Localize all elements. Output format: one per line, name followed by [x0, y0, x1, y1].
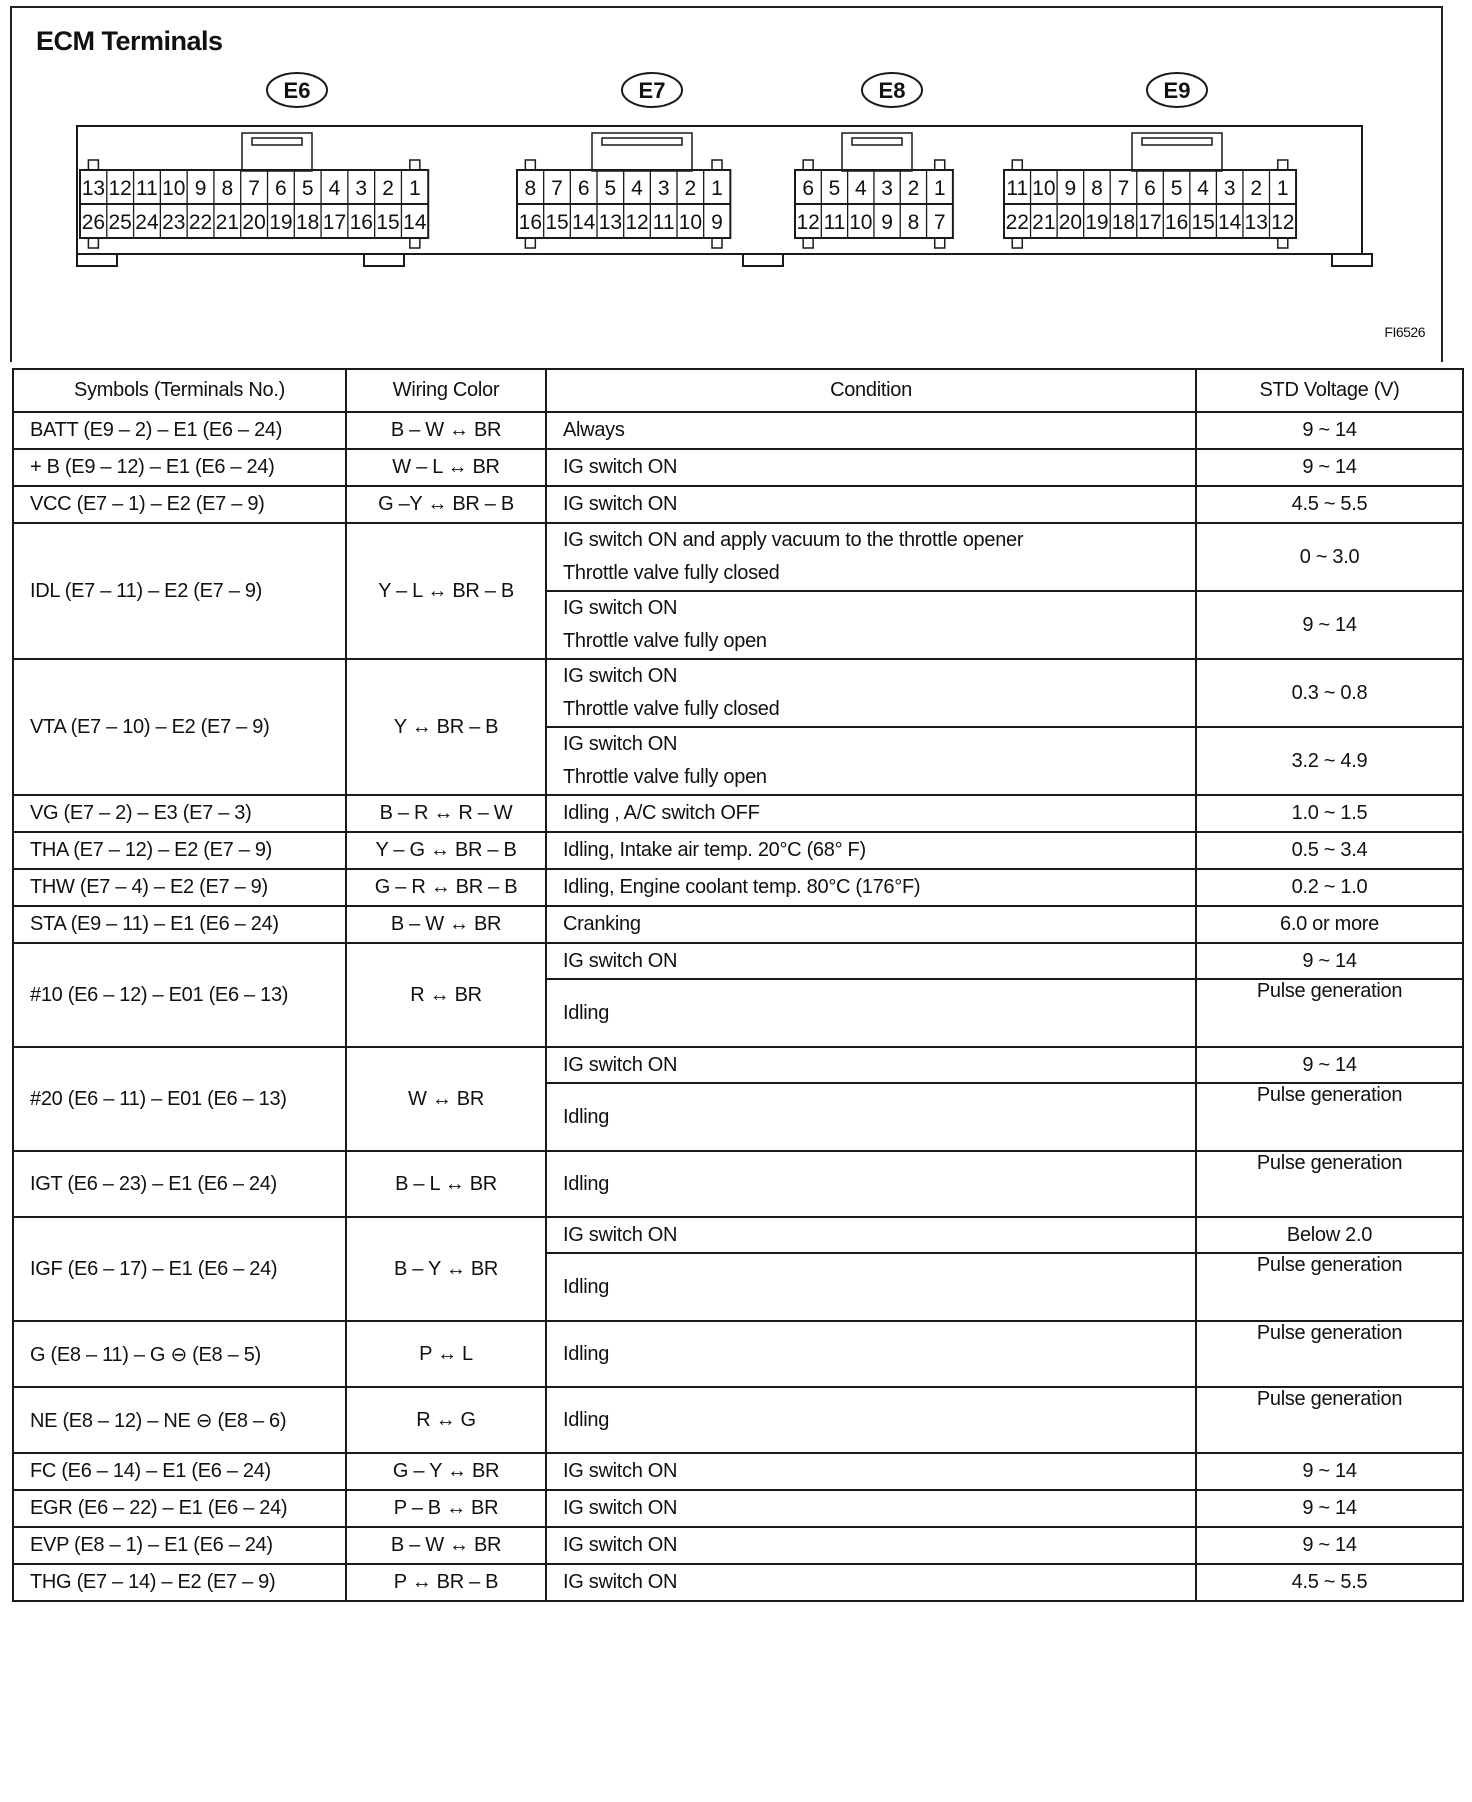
- pin-number: 10: [162, 177, 185, 200]
- ecm-terminal-diagram: ECM Terminals E6131211109876543212625242…: [10, 6, 1443, 362]
- pin-number: 21: [216, 211, 239, 234]
- pin-number: 7: [248, 177, 260, 200]
- wiring-color: B – R ↔ R – W: [346, 795, 546, 832]
- condition: IG switch ON: [546, 943, 1196, 979]
- pin-number: 16: [519, 211, 542, 234]
- table-row: G (E8 – 11) – G ⊖ (E8 – 5)P ↔ LIdlingPul…: [13, 1321, 1463, 1387]
- condition-line: Throttle valve fully closed: [563, 557, 1179, 590]
- pin-number: 19: [269, 211, 292, 234]
- pin-number: 7: [934, 211, 946, 234]
- wiring-color: B – Y ↔ BR: [346, 1217, 546, 1321]
- pin-number: 21: [1032, 211, 1055, 234]
- wiring-color: Y – L ↔ BR – B: [346, 523, 546, 659]
- terminal-symbol: + B (E9 – 12) – E1 (E6 – 24): [13, 449, 346, 486]
- pin-number: 16: [350, 211, 373, 234]
- wiring-color: G –Y ↔ BR – B: [346, 486, 546, 523]
- condition: IG switch ON: [546, 1564, 1196, 1601]
- pin-number: 9: [195, 177, 207, 200]
- condition-line: Idling, Intake air temp. 20°C (68° F): [563, 834, 1179, 867]
- pin-number: 24: [135, 211, 159, 234]
- condition: IG switch ON: [546, 1453, 1196, 1490]
- pin-number: 22: [189, 211, 212, 234]
- condition: Idling , A/C switch OFF: [546, 795, 1196, 832]
- pin-number: 4: [631, 177, 643, 200]
- std-voltage: Pulse generation: [1196, 1083, 1463, 1151]
- condition: Idling, Engine coolant temp. 80°C (176°F…: [546, 869, 1196, 906]
- terminal-symbol: IDL (E7 – 11) – E2 (E7 – 9): [13, 523, 346, 659]
- terminal-voltage-table: Symbols (Terminals No.) Wiring Color Con…: [12, 368, 1464, 1602]
- table-row: BATT (E9 – 2) – E1 (E6 – 24)B – W ↔ BRAl…: [13, 412, 1463, 449]
- header-std-voltage: STD Voltage (V): [1196, 369, 1463, 412]
- table-row: VG (E7 – 2) – E3 (E7 – 3)B – R ↔ R – WId…: [13, 795, 1463, 832]
- wiring-color: G – Y ↔ BR: [346, 1453, 546, 1490]
- std-voltage: Pulse generation: [1196, 1387, 1463, 1453]
- terminal-symbol: STA (E9 – 11) – E1 (E6 – 24): [13, 906, 346, 943]
- pin-number: 25: [108, 211, 131, 234]
- pin-number: 2: [908, 177, 920, 200]
- pin-number: 12: [1271, 211, 1294, 234]
- condition: IG switch ONThrottle valve fully open: [546, 727, 1196, 795]
- terminal-symbol: EVP (E8 – 1) – E1 (E6 – 24): [13, 1527, 346, 1564]
- condition: IG switch ON: [546, 1217, 1196, 1253]
- pin-number: 12: [108, 177, 131, 200]
- std-voltage: 9 ~ 14: [1196, 412, 1463, 449]
- terminal-symbol: G (E8 – 11) – G ⊖ (E8 – 5): [13, 1321, 346, 1387]
- pin-number: 4: [1197, 177, 1209, 200]
- pin-number: 12: [796, 211, 819, 234]
- std-voltage: Pulse generation: [1196, 1253, 1463, 1321]
- figure-code: FI6526: [1384, 324, 1425, 340]
- pin-number: 7: [1118, 177, 1130, 200]
- condition-line: IG switch ON: [563, 1219, 1179, 1252]
- pin-number: 14: [572, 211, 596, 234]
- connector-e6: E613121110987654321262524232221201918171…: [80, 73, 428, 248]
- pin-number: 6: [802, 177, 814, 200]
- condition-line: Throttle valve fully open: [563, 625, 1179, 658]
- pin-number: 13: [599, 211, 622, 234]
- pin-number: 3: [355, 177, 367, 200]
- connector-label: E6: [284, 78, 311, 103]
- wiring-color: B – W ↔ BR: [346, 412, 546, 449]
- condition-line: IG switch ON and apply vacuum to the thr…: [563, 524, 1179, 557]
- terminal-symbol: NE (E8 – 12) – NE ⊖ (E8 – 6): [13, 1387, 346, 1453]
- pin-number: 20: [242, 211, 265, 234]
- wiring-color: R ↔ BR: [346, 943, 546, 1047]
- std-voltage: 0 ~ 3.0: [1196, 523, 1463, 591]
- terminal-symbol: VTA (E7 – 10) – E2 (E7 – 9): [13, 659, 346, 795]
- terminal-symbol: FC (E6 – 14) – E1 (E6 – 24): [13, 1453, 346, 1490]
- table-row: THG (E7 – 14) – E2 (E7 – 9)P ↔ BR – BIG …: [13, 1564, 1463, 1601]
- pin-number: 2: [382, 177, 394, 200]
- wiring-color: P ↔ BR – B: [346, 1564, 546, 1601]
- pin-number: 1: [409, 177, 421, 200]
- terminal-symbol: #20 (E6 – 11) – E01 (E6 – 13): [13, 1047, 346, 1151]
- pin-number: 9: [881, 211, 893, 234]
- std-voltage: 9 ~ 14: [1196, 1490, 1463, 1527]
- table-row: THA (E7 – 12) – E2 (E7 – 9)Y – G ↔ BR – …: [13, 832, 1463, 869]
- pin-number: 5: [604, 177, 616, 200]
- condition: Always: [546, 412, 1196, 449]
- std-voltage: Below 2.0: [1196, 1217, 1463, 1253]
- condition: Idling: [546, 1151, 1196, 1217]
- terminal-symbol: IGT (E6 – 23) – E1 (E6 – 24): [13, 1151, 346, 1217]
- header-symbols: Symbols (Terminals No.): [13, 369, 346, 412]
- pin-number: 2: [684, 177, 696, 200]
- pin-number: 9: [1065, 177, 1077, 200]
- table-row: IGT (E6 – 23) – E1 (E6 – 24)B – L ↔ BRId…: [13, 1151, 1463, 1217]
- connector-e7: E787654321161514131211109: [517, 73, 730, 248]
- pin-number: 9: [711, 211, 723, 234]
- condition-line: Throttle valve fully closed: [563, 693, 1179, 726]
- std-voltage: Pulse generation: [1196, 1151, 1463, 1217]
- condition-line: IG switch ON: [563, 945, 1179, 978]
- condition-line: IG switch ON: [563, 660, 1179, 693]
- wiring-color: W – L ↔ BR: [346, 449, 546, 486]
- pin-number: 22: [1006, 211, 1029, 234]
- condition: IG switch ON and apply vacuum to the thr…: [546, 523, 1196, 591]
- condition-line: IG switch ON: [563, 1566, 1179, 1599]
- pin-number: 18: [1112, 211, 1135, 234]
- condition-line: IG switch ON: [563, 728, 1179, 761]
- std-voltage: 0.3 ~ 0.8: [1196, 659, 1463, 727]
- std-voltage: 9 ~ 14: [1196, 1453, 1463, 1490]
- pin-number: 23: [162, 211, 185, 234]
- table-row: STA (E9 – 11) – E1 (E6 – 24)B – W ↔ BRCr…: [13, 906, 1463, 943]
- wiring-color: Y – G ↔ BR – B: [346, 832, 546, 869]
- pin-number: 7: [551, 177, 563, 200]
- condition: IG switch ON: [546, 1527, 1196, 1564]
- terminal-symbol: VCC (E7 – 1) – E2 (E7 – 9): [13, 486, 346, 523]
- condition: IG switch ONThrottle valve fully closed: [546, 659, 1196, 727]
- pin-number: 6: [578, 177, 590, 200]
- std-voltage: 0.5 ~ 3.4: [1196, 832, 1463, 869]
- condition: Idling: [546, 1321, 1196, 1387]
- std-voltage: 4.5 ~ 5.5: [1196, 486, 1463, 523]
- condition-line: IG switch ON: [563, 1049, 1179, 1082]
- condition-line: Idling: [563, 1271, 1179, 1304]
- table-row: IGF (E6 – 17) – E1 (E6 – 24)B – Y ↔ BRIG…: [13, 1217, 1463, 1253]
- condition-line: IG switch ON: [563, 451, 1179, 484]
- pin-number: 5: [302, 177, 314, 200]
- pin-number: 10: [849, 211, 872, 234]
- pin-number: 11: [1006, 177, 1028, 200]
- pin-number: 13: [82, 177, 105, 200]
- terminal-symbol: THG (E7 – 14) – E2 (E7 – 9): [13, 1564, 346, 1601]
- pin-number: 8: [908, 211, 920, 234]
- terminal-symbol: #10 (E6 – 12) – E01 (E6 – 13): [13, 943, 346, 1047]
- wiring-color: W ↔ BR: [346, 1047, 546, 1151]
- pin-number: 3: [658, 177, 670, 200]
- wiring-color: Y ↔ BR – B: [346, 659, 546, 795]
- pin-number: 4: [329, 177, 341, 200]
- pin-number: 8: [221, 177, 233, 200]
- table-row: + B (E9 – 12) – E1 (E6 – 24)W – L ↔ BRIG…: [13, 449, 1463, 486]
- pin-number: 10: [679, 211, 702, 234]
- terminal-symbol: BATT (E9 – 2) – E1 (E6 – 24): [13, 412, 346, 449]
- table-body: BATT (E9 – 2) – E1 (E6 – 24)B – W ↔ BRAl…: [13, 412, 1463, 1601]
- condition-line: Idling, Engine coolant temp. 80°C (176°F…: [563, 871, 1179, 904]
- std-voltage: 3.2 ~ 4.9: [1196, 727, 1463, 795]
- condition-line: Idling , A/C switch OFF: [563, 797, 1179, 830]
- condition: Idling: [546, 1387, 1196, 1453]
- pin-number: 14: [403, 211, 427, 234]
- condition: IG switch ON: [546, 449, 1196, 486]
- pin-number: 15: [376, 211, 399, 234]
- condition: Idling: [546, 1253, 1196, 1321]
- std-voltage: 9 ~ 14: [1196, 449, 1463, 486]
- connector-label: E8: [879, 78, 906, 103]
- wiring-color: B – W ↔ BR: [346, 1527, 546, 1564]
- pin-number: 19: [1085, 211, 1108, 234]
- std-voltage: Pulse generation: [1196, 979, 1463, 1047]
- condition-line: Idling: [563, 1338, 1179, 1371]
- connector-e8: E8654321121110987: [795, 73, 953, 248]
- condition-line: IG switch ON: [563, 488, 1179, 521]
- wiring-color: B – W ↔ BR: [346, 906, 546, 943]
- header-wiring-color: Wiring Color: [346, 369, 546, 412]
- pin-number: 15: [545, 211, 568, 234]
- pin-number: 11: [136, 177, 158, 200]
- pin-number: 6: [1144, 177, 1156, 200]
- condition: Idling: [546, 979, 1196, 1047]
- terminal-symbol: THW (E7 – 4) – E2 (E7 – 9): [13, 869, 346, 906]
- condition: Idling, Intake air temp. 20°C (68° F): [546, 832, 1196, 869]
- table-header-row: Symbols (Terminals No.) Wiring Color Con…: [13, 369, 1463, 412]
- std-voltage: 9 ~ 14: [1196, 943, 1463, 979]
- pin-number: 18: [296, 211, 319, 234]
- condition-line: IG switch ON: [563, 1492, 1179, 1525]
- pin-number: 13: [1245, 211, 1268, 234]
- table-row: EVP (E8 – 1) – E1 (E6 – 24)B – W ↔ BRIG …: [13, 1527, 1463, 1564]
- wiring-color: B – L ↔ BR: [346, 1151, 546, 1217]
- pin-number: 17: [1138, 211, 1161, 234]
- table-row: IDL (E7 – 11) – E2 (E7 – 9)Y – L ↔ BR – …: [13, 523, 1463, 591]
- condition: Idling: [546, 1083, 1196, 1151]
- std-voltage: 9 ~ 14: [1196, 1527, 1463, 1564]
- condition-line: IG switch ON: [563, 1529, 1179, 1562]
- pin-number: 1: [1277, 177, 1289, 200]
- connector-label: E9: [1164, 78, 1191, 103]
- condition: Cranking: [546, 906, 1196, 943]
- pin-number: 14: [1218, 211, 1242, 234]
- condition-line: Throttle valve fully open: [563, 761, 1179, 794]
- std-voltage: 9 ~ 14: [1196, 1047, 1463, 1083]
- table-row: FC (E6 – 14) – E1 (E6 – 24)G – Y ↔ BRIG …: [13, 1453, 1463, 1490]
- std-voltage: 6.0 or more: [1196, 906, 1463, 943]
- pin-number: 5: [829, 177, 841, 200]
- pin-number: 2: [1250, 177, 1262, 200]
- condition-line: IG switch ON: [563, 1455, 1179, 1488]
- header-condition: Condition: [546, 369, 1196, 412]
- table-row: NE (E8 – 12) – NE ⊖ (E8 – 6)R ↔ GIdlingP…: [13, 1387, 1463, 1453]
- wiring-color: G – R ↔ BR – B: [346, 869, 546, 906]
- wiring-color: P – B ↔ BR: [346, 1490, 546, 1527]
- condition-line: Cranking: [563, 908, 1179, 941]
- pin-number: 6: [275, 177, 287, 200]
- pin-number: 17: [323, 211, 346, 234]
- terminal-symbol: IGF (E6 – 17) – E1 (E6 – 24): [13, 1217, 346, 1321]
- condition: IG switch ON: [546, 1490, 1196, 1527]
- table-row: VTA (E7 – 10) – E2 (E7 – 9)Y ↔ BR – BIG …: [13, 659, 1463, 727]
- condition: IG switch ON: [546, 1047, 1196, 1083]
- pin-number: 1: [934, 177, 946, 200]
- std-voltage: 1.0 ~ 1.5: [1196, 795, 1463, 832]
- table-row: EGR (E6 – 22) – E1 (E6 – 24)P – B ↔ BRIG…: [13, 1490, 1463, 1527]
- std-voltage: 9 ~ 14: [1196, 591, 1463, 659]
- connector-drawing: E613121110987654321262524232221201918171…: [12, 8, 1445, 364]
- pin-number: 12: [625, 211, 648, 234]
- pin-number: 15: [1191, 211, 1214, 234]
- table-row: #10 (E6 – 12) – E01 (E6 – 13)R ↔ BRIG sw…: [13, 943, 1463, 979]
- std-voltage: Pulse generation: [1196, 1321, 1463, 1387]
- condition-line: Idling: [563, 997, 1179, 1030]
- pin-number: 10: [1032, 177, 1055, 200]
- std-voltage: 4.5 ~ 5.5: [1196, 1564, 1463, 1601]
- condition-line: Idling: [563, 1168, 1179, 1201]
- condition-line: IG switch ON: [563, 592, 1179, 625]
- terminal-symbol: VG (E7 – 2) – E3 (E7 – 3): [13, 795, 346, 832]
- table-row: VCC (E7 – 1) – E2 (E7 – 9)G –Y ↔ BR – BI…: [13, 486, 1463, 523]
- terminal-symbol: EGR (E6 – 22) – E1 (E6 – 24): [13, 1490, 346, 1527]
- pin-number: 20: [1059, 211, 1082, 234]
- condition-line: Idling: [563, 1101, 1179, 1134]
- table-row: THW (E7 – 4) – E2 (E7 – 9)G – R ↔ BR – B…: [13, 869, 1463, 906]
- condition: IG switch ON: [546, 486, 1196, 523]
- condition: IG switch ONThrottle valve fully open: [546, 591, 1196, 659]
- connector-e9: E911109876543212221201918171615141312: [1004, 73, 1296, 248]
- table-row: #20 (E6 – 11) – E01 (E6 – 13)W ↔ BRIG sw…: [13, 1047, 1463, 1083]
- connector-label: E7: [639, 78, 666, 103]
- pin-number: 11: [653, 211, 675, 234]
- pin-number: 3: [881, 177, 893, 200]
- std-voltage: 0.2 ~ 1.0: [1196, 869, 1463, 906]
- wiring-color: P ↔ L: [346, 1321, 546, 1387]
- pin-number: 5: [1171, 177, 1183, 200]
- condition-line: Idling: [563, 1404, 1179, 1437]
- pin-number: 1: [711, 177, 723, 200]
- pin-number: 16: [1165, 211, 1188, 234]
- pin-number: 11: [824, 211, 846, 234]
- pin-number: 3: [1224, 177, 1236, 200]
- pin-number: 4: [855, 177, 867, 200]
- condition-line: Always: [563, 414, 1179, 447]
- terminal-symbol: THA (E7 – 12) – E2 (E7 – 9): [13, 832, 346, 869]
- pin-number: 8: [524, 177, 536, 200]
- wiring-color: R ↔ G: [346, 1387, 546, 1453]
- pin-number: 26: [82, 211, 105, 234]
- pin-number: 8: [1091, 177, 1103, 200]
